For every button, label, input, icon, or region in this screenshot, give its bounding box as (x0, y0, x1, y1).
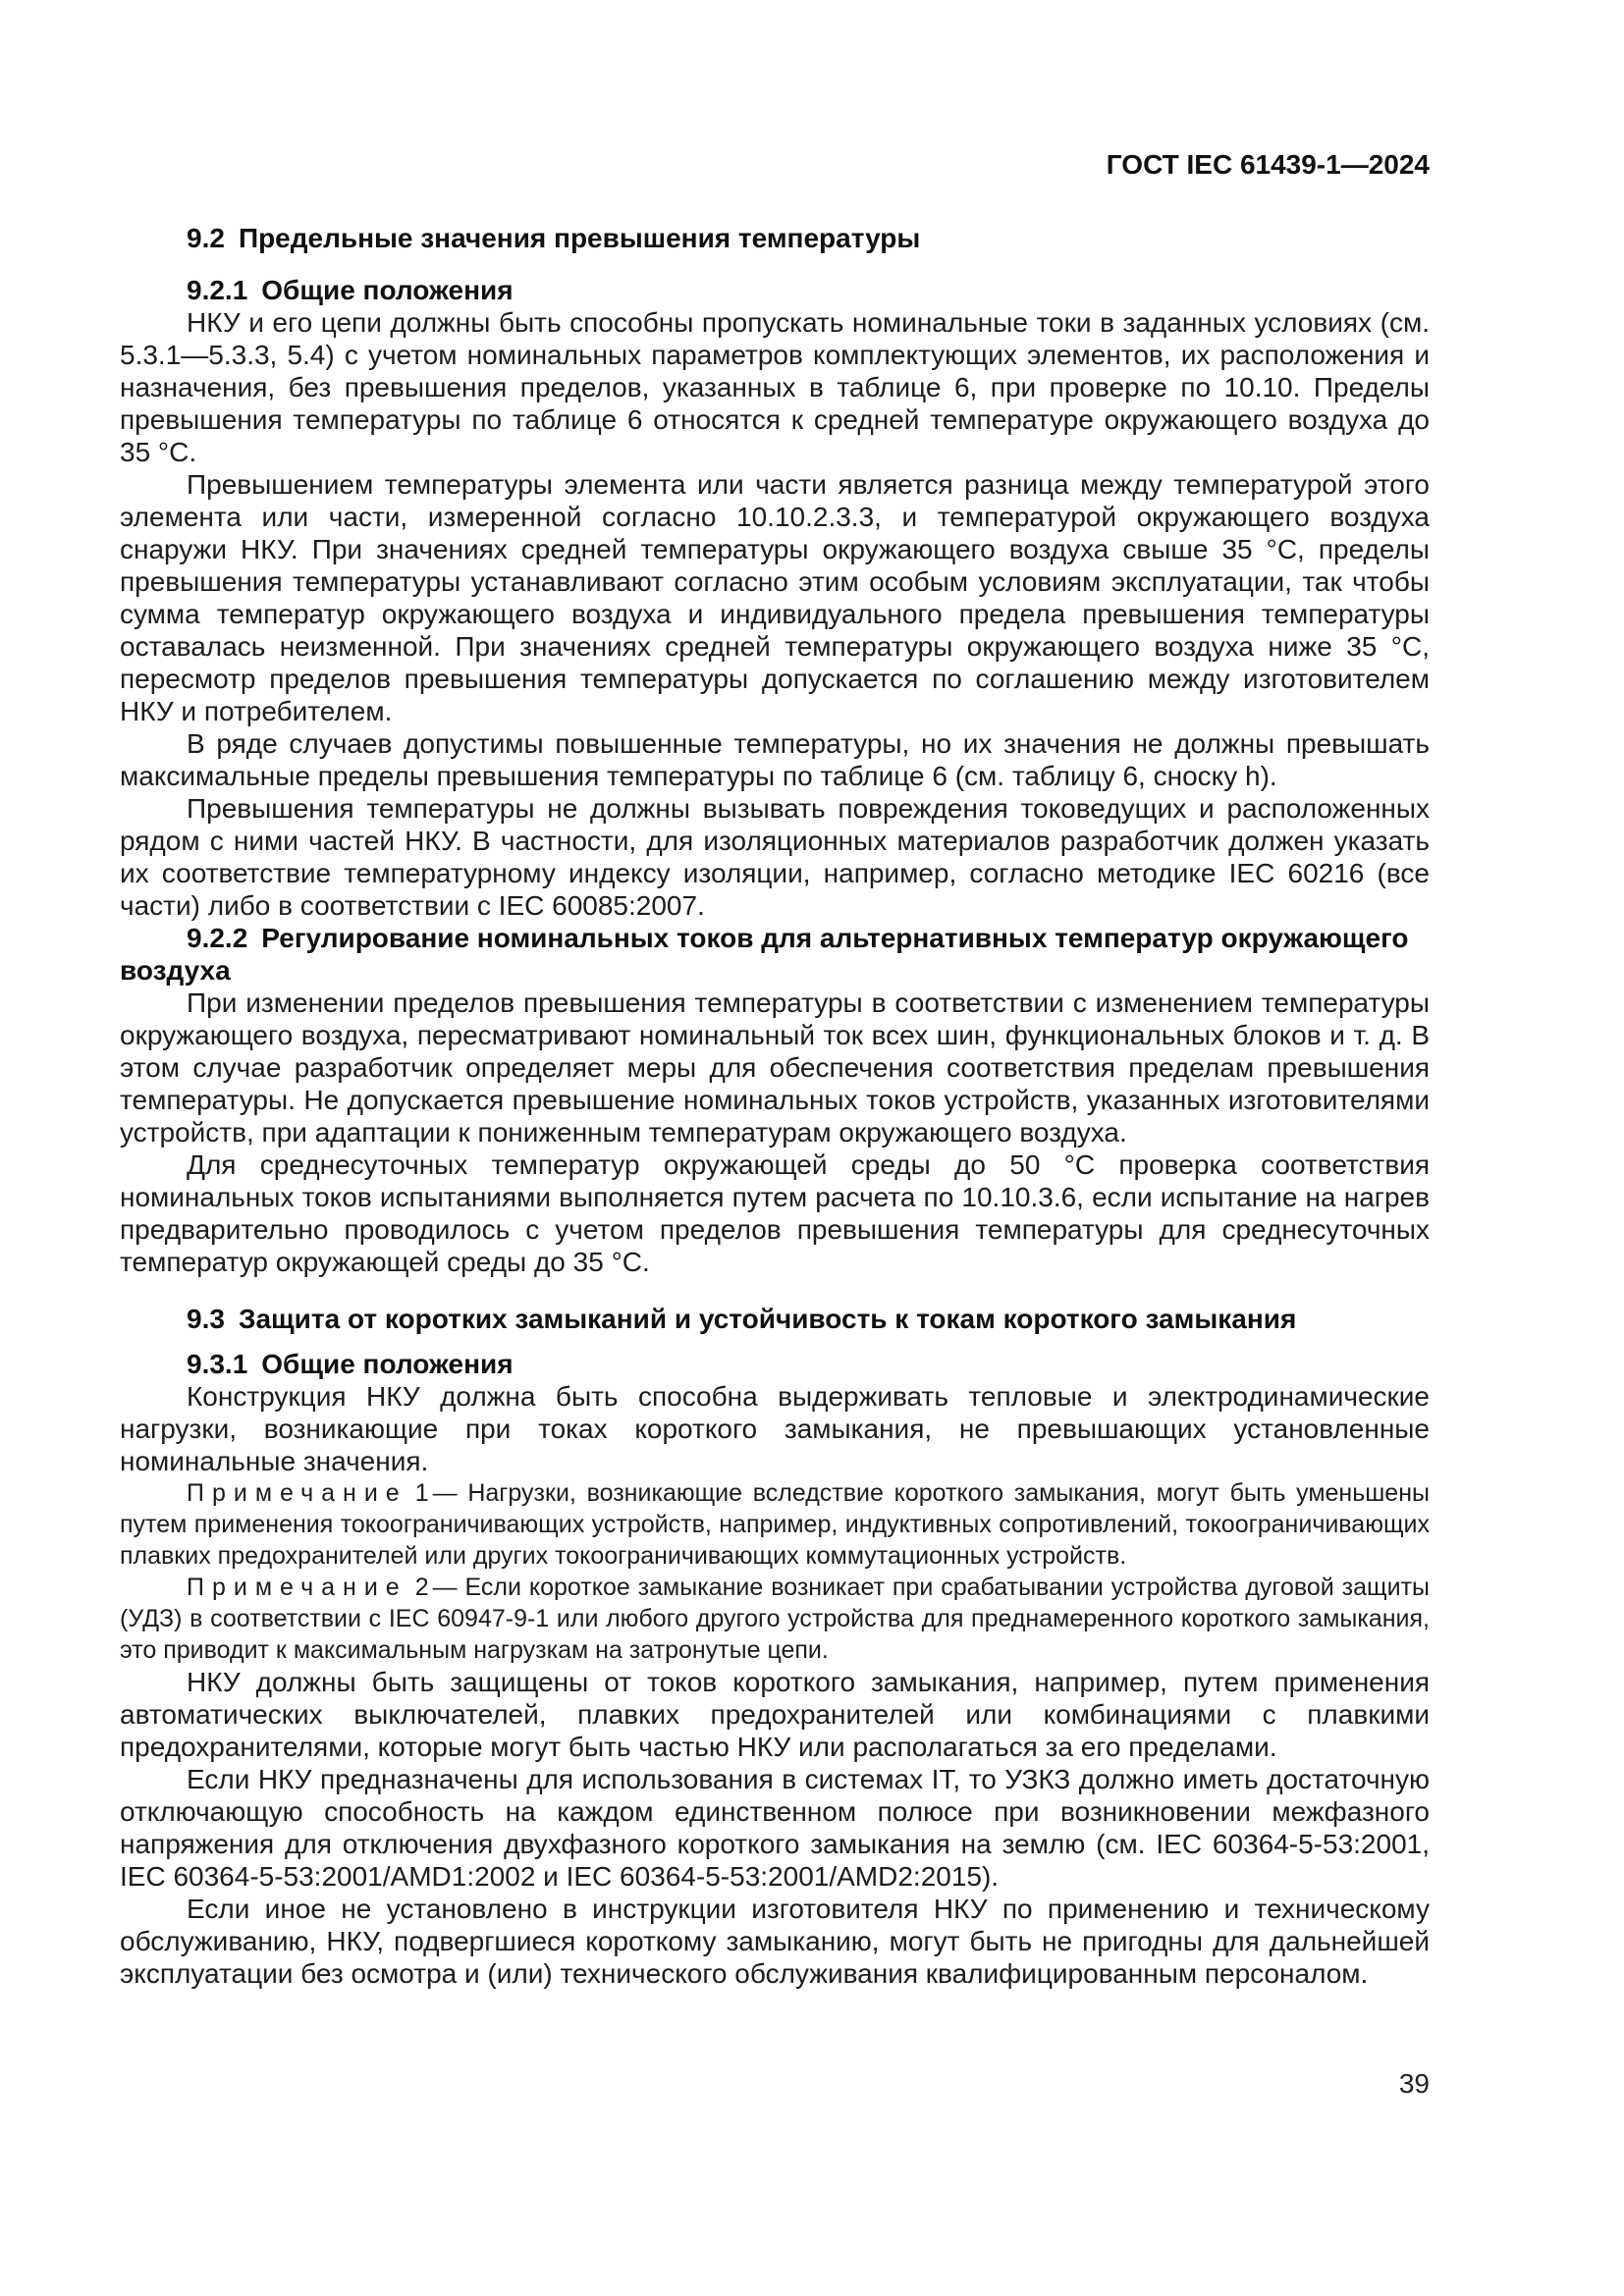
paragraph: Превышением температуры элемента или час… (120, 468, 1430, 727)
document-page: ГОСТ IEC 61439-1—2024 9.2Предельные знач… (0, 0, 1624, 2296)
paragraph: Для среднесуточных температур окружающей… (120, 1148, 1430, 1278)
subsection-heading-9-3-1: 9.3.1Общие положения (120, 1348, 1430, 1380)
paragraph: Если иное не установлено в инструкции из… (120, 1893, 1430, 1990)
section-heading-9-2: 9.2Предельные значения превышения темпер… (120, 222, 1430, 254)
note-label: Примечание (187, 1574, 407, 1601)
subsection-number: 9.3.1 (187, 1349, 247, 1379)
section-title: Защита от коротких замыканий и устойчиво… (239, 1304, 1296, 1334)
paragraph: НКУ должны быть защищены от токов коротк… (120, 1666, 1430, 1763)
note-number: 1 (415, 1479, 429, 1507)
subsection-title: Общие положения (261, 275, 513, 305)
running-header: ГОСТ IEC 61439-1—2024 (120, 148, 1430, 181)
note-label: Примечание (187, 1479, 407, 1507)
subsection-heading-9-2-2: 9.2.2Регулирование номинальных токов для… (120, 922, 1430, 987)
paragraph: НКУ и его цепи должны быть способны проп… (120, 306, 1430, 468)
note-1: Примечание1— Нагрузки, возникающие вслед… (120, 1477, 1430, 1572)
page-content: ГОСТ IEC 61439-1—2024 9.2Предельные знач… (120, 148, 1430, 1990)
subsection-title: Регулирование номинальных токов для альт… (120, 923, 1409, 986)
paragraph: В ряде случаев допустимы повышенные темп… (120, 727, 1430, 792)
note-2: Примечание2— Если короткое замыкание воз… (120, 1572, 1430, 1666)
note-number: 2 (415, 1574, 429, 1601)
section-heading-9-3: 9.3Защита от коротких замыканий и устойч… (120, 1303, 1430, 1335)
subsection-number: 9.2.2 (187, 923, 247, 953)
section-title: Предельные значения превышения температу… (239, 223, 920, 253)
paragraph: Если НКУ предназначены для использования… (120, 1763, 1430, 1893)
subsection-number: 9.2.1 (187, 275, 247, 305)
section-number: 9.2 (187, 223, 225, 253)
section-number: 9.3 (187, 1304, 225, 1334)
subsection-title: Общие положения (261, 1349, 513, 1379)
paragraph: Конструкция НКУ должна быть способна выд… (120, 1380, 1430, 1477)
page-number: 39 (1399, 2067, 1430, 2100)
paragraph: Превышения температуры не должны вызыват… (120, 792, 1430, 922)
paragraph: При изменении пределов превышения темпер… (120, 987, 1430, 1148)
subsection-heading-9-2-1: 9.2.1Общие положения (120, 274, 1430, 306)
